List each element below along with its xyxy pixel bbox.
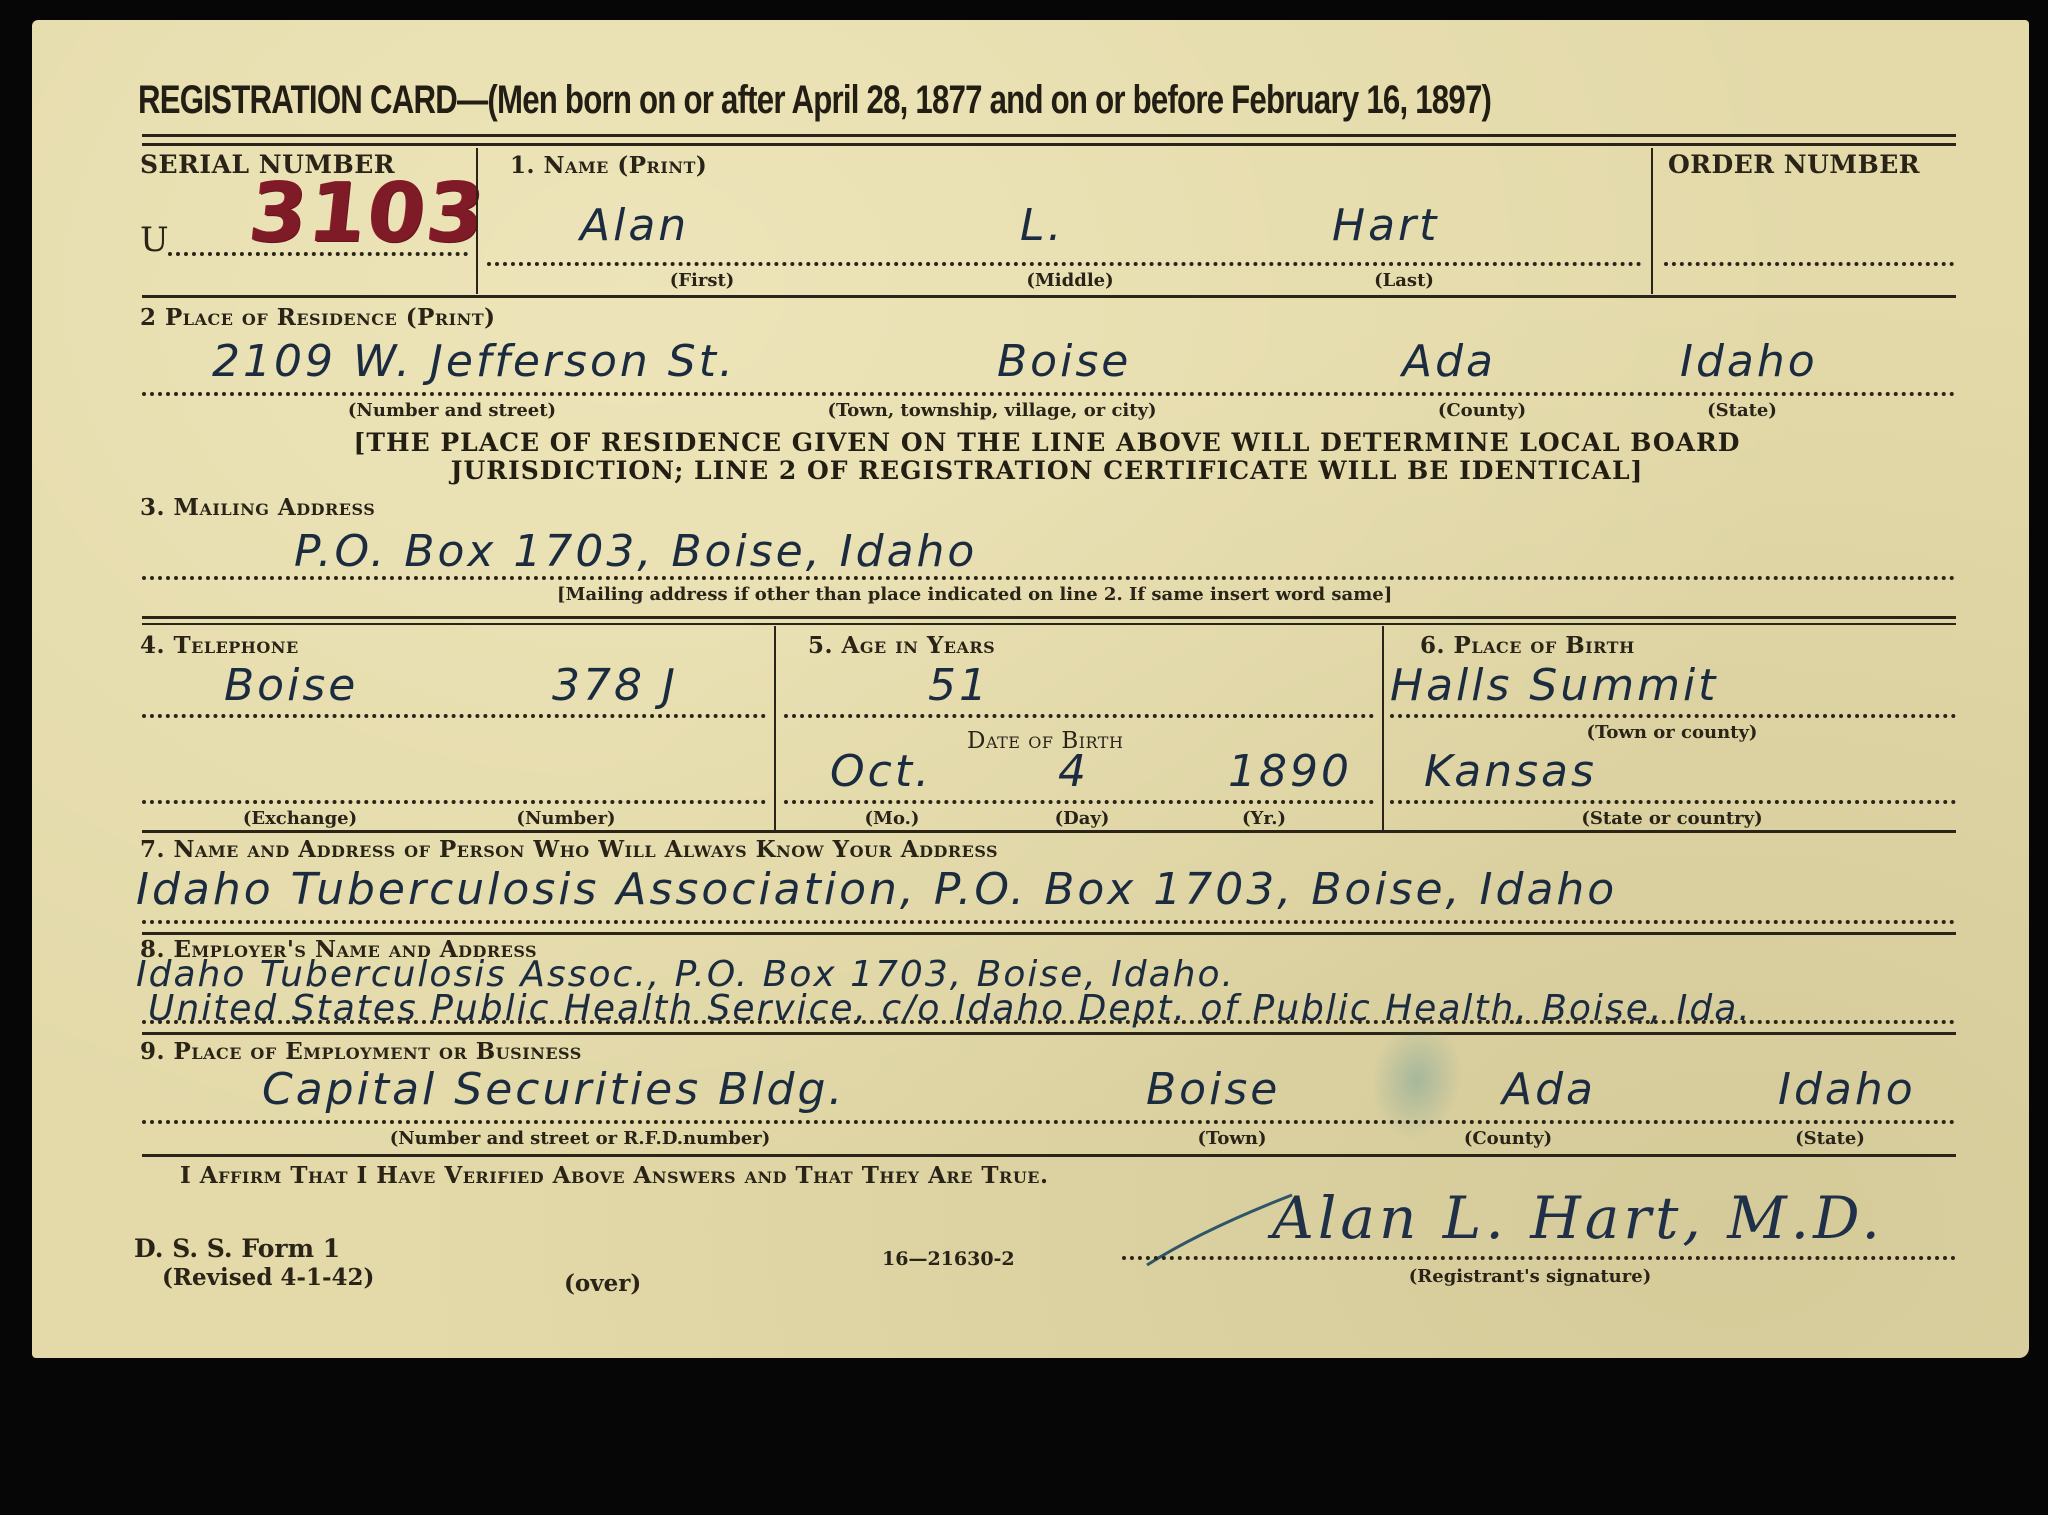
mailing-line bbox=[142, 576, 1956, 580]
name-middle: L. bbox=[1020, 200, 1065, 251]
residence-state-caption: (State) bbox=[1707, 400, 1777, 421]
employment-street: Capital Securities Bldg. bbox=[262, 1064, 845, 1115]
telephone-divider bbox=[774, 626, 776, 830]
row8-rule bbox=[142, 1032, 1956, 1035]
mailing-caption: [Mailing address if other than place ind… bbox=[557, 584, 1392, 605]
telephone-line-2 bbox=[142, 800, 766, 804]
serial-number-stamp: 3103 bbox=[245, 166, 491, 261]
form-number: D. S. S. Form 1 bbox=[134, 1234, 340, 1263]
order-number-label: ORDER NUMBER bbox=[1668, 150, 1920, 179]
month-caption: (Mo.) bbox=[865, 808, 920, 829]
employment-line bbox=[142, 1120, 1956, 1124]
name-line bbox=[487, 262, 1642, 266]
birthplace-town-line bbox=[1390, 714, 1956, 718]
middle-caption: (Middle) bbox=[1026, 270, 1113, 291]
form-revision: (Revised 4-1-42) bbox=[162, 1264, 374, 1291]
birthplace-state-caption: (State or country) bbox=[1581, 808, 1762, 829]
row3-rule-bottom bbox=[142, 623, 1956, 625]
ink-smudge bbox=[1362, 1013, 1471, 1147]
employment-place-label: 9. Place of Employment or Business bbox=[140, 1038, 582, 1065]
residence-town: Boise bbox=[997, 336, 1131, 387]
number-caption: (Number) bbox=[516, 808, 615, 829]
residence-line bbox=[142, 392, 1956, 396]
residence-street: 2109 W. Jefferson St. bbox=[212, 336, 736, 387]
name-first: Alan bbox=[580, 200, 689, 251]
over-note: (over) bbox=[564, 1270, 641, 1297]
name-last: Hart bbox=[1332, 200, 1439, 251]
employment-state-caption: (State) bbox=[1795, 1128, 1865, 1149]
row3-rule-top bbox=[142, 616, 1956, 619]
first-caption: (First) bbox=[670, 270, 735, 291]
exchange-caption: (Exchange) bbox=[243, 808, 357, 829]
day-caption: (Day) bbox=[1055, 808, 1110, 829]
dob-year: 1890 bbox=[1228, 746, 1352, 797]
residence-county-caption: (County) bbox=[1438, 400, 1526, 421]
telephone-number: 378 J bbox=[552, 660, 678, 711]
row1-rule bbox=[142, 295, 1956, 298]
residence-town-caption: (Town, township, village, or city) bbox=[827, 400, 1156, 421]
birthplace-state: Kansas bbox=[1424, 746, 1597, 797]
affirmation-text: I Affirm That I Have Verified Above Answ… bbox=[180, 1162, 1048, 1189]
age-line bbox=[784, 714, 1374, 718]
contact-line bbox=[142, 920, 1956, 924]
registrant-signature: Alan L. Hart, M.D. bbox=[1272, 1184, 1884, 1252]
last-caption: (Last) bbox=[1374, 270, 1434, 291]
telephone-exchange: Boise bbox=[224, 660, 358, 711]
order-number-line bbox=[1664, 262, 1954, 266]
telephone-label: 4. Telephone bbox=[140, 632, 299, 659]
title-rule-top bbox=[142, 134, 1956, 137]
birthplace-label: 6. Place of Birth bbox=[1420, 632, 1635, 659]
row4-rule bbox=[142, 830, 1956, 833]
dob-line bbox=[784, 800, 1374, 804]
birthplace-town: Halls Summit bbox=[1390, 660, 1718, 711]
employment-county-caption: (County) bbox=[1464, 1128, 1552, 1149]
card-title: REGISTRATION CARD—(Men born on or after … bbox=[138, 78, 1491, 123]
title-rule-bottom bbox=[142, 143, 1956, 146]
birthplace-state-line bbox=[1390, 800, 1956, 804]
dob-label: Date of Birth bbox=[967, 728, 1123, 754]
mailing-address-label: 3. Mailing Address bbox=[140, 494, 375, 521]
employment-county: Ada bbox=[1502, 1064, 1596, 1115]
order-divider bbox=[1651, 148, 1653, 294]
name-label: 1. Name (Print) bbox=[510, 152, 707, 179]
mailing-address-value: P.O. Box 1703, Boise, Idaho bbox=[294, 526, 977, 577]
registration-card: REGISTRATION CARD—(Men born on or after … bbox=[32, 20, 2029, 1358]
signature-line bbox=[1122, 1256, 1956, 1260]
serial-line bbox=[168, 252, 468, 256]
age-divider bbox=[1382, 626, 1384, 830]
residence-label: 2 Place of Residence (Print) bbox=[140, 304, 496, 331]
age-label: 5. Age in Years bbox=[808, 632, 995, 659]
employment-state: Idaho bbox=[1778, 1064, 1916, 1115]
year-caption: (Yr.) bbox=[1242, 808, 1286, 829]
dob-day: 4 bbox=[1058, 746, 1089, 797]
employment-town: Boise bbox=[1146, 1064, 1280, 1115]
serial-divider bbox=[476, 148, 478, 294]
contact-value: Idaho Tuberculosis Association, P.O. Box… bbox=[136, 864, 1617, 915]
birthplace-town-caption: (Town or county) bbox=[1587, 722, 1758, 743]
employment-street-caption: (Number and street or R.F.D.number) bbox=[390, 1128, 771, 1149]
residence-notice-line1: [THE PLACE OF RESIDENCE GIVEN ON THE LIN… bbox=[354, 428, 1741, 457]
row9-rule bbox=[142, 1154, 1956, 1157]
serial-prefix: U bbox=[140, 220, 169, 260]
residence-state: Idaho bbox=[1680, 336, 1818, 387]
row7-rule bbox=[142, 932, 1956, 935]
residence-county: Ada bbox=[1402, 336, 1496, 387]
employment-town-caption: (Town) bbox=[1198, 1128, 1267, 1149]
age-value: 51 bbox=[928, 660, 990, 711]
residence-notice-line2: JURISDICTION; LINE 2 OF REGISTRATION CER… bbox=[451, 456, 1644, 485]
contact-label: 7. Name and Address of Person Who Will A… bbox=[140, 836, 998, 863]
residence-street-caption: (Number and street) bbox=[348, 400, 556, 421]
signature-caption: (Registrant's signature) bbox=[1409, 1266, 1651, 1287]
print-code: 16—21630-2 bbox=[882, 1248, 1015, 1270]
employer-line bbox=[142, 1020, 1956, 1024]
telephone-line bbox=[142, 714, 766, 718]
dob-month: Oct. bbox=[830, 746, 932, 797]
